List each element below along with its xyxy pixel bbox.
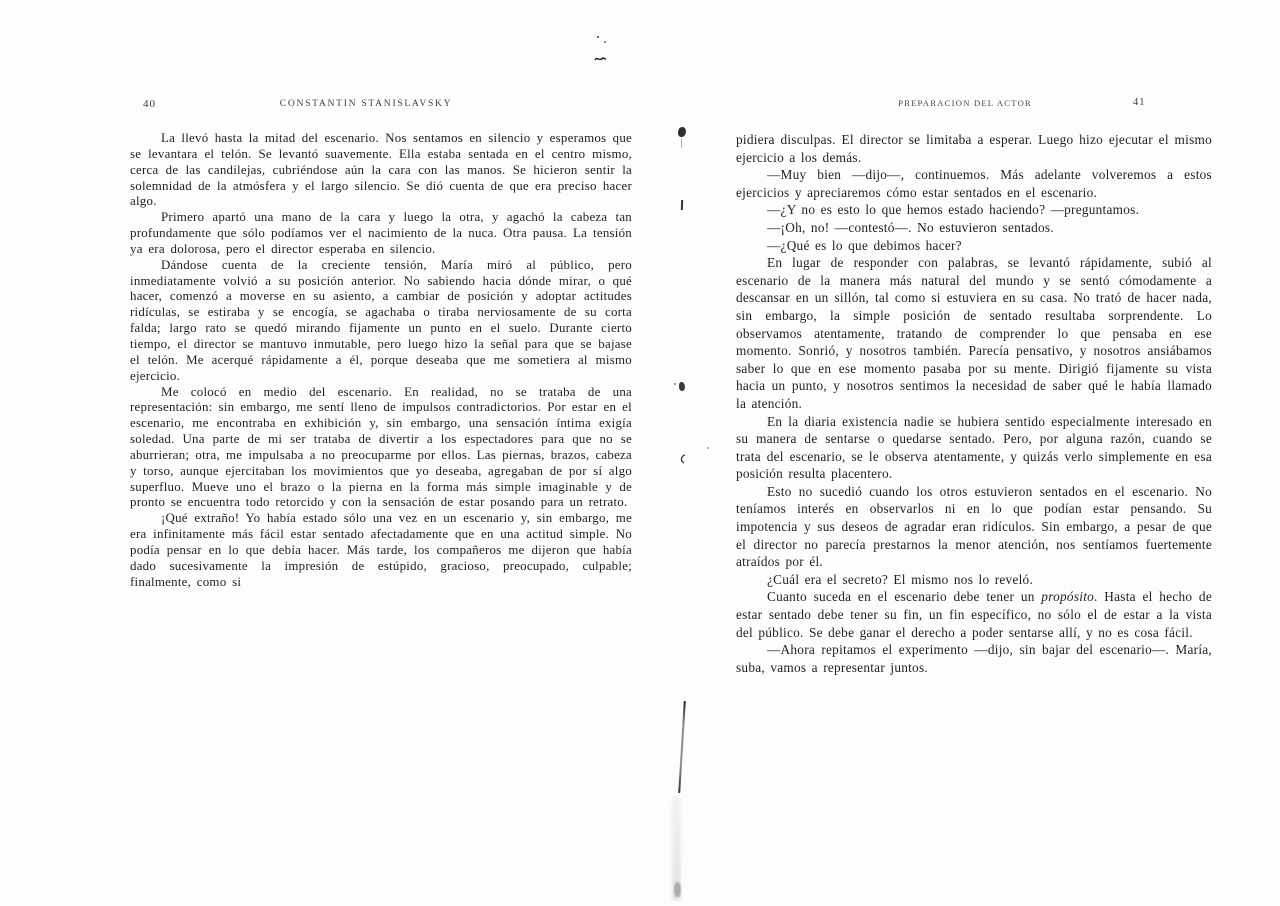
paragraph: Esto no sucedió cuando los otros estuvie…: [736, 483, 1212, 571]
scan-speck: [707, 447, 709, 449]
paragraph: —Muy bien —dijo—, continuemos. Más adela…: [736, 166, 1212, 201]
paragraph: En la diaria existencia nadie se hubiera…: [736, 413, 1212, 483]
paragraph: —¿Qué es lo que debimos hacer?: [736, 237, 1212, 255]
text-run: —Ahora repitamos el experimento —dijo, s…: [736, 642, 1212, 675]
scan-smudge: [674, 882, 681, 897]
text-run: En la diaria existencia nadie se hubiera…: [736, 414, 1212, 482]
scan-squiggle-mark: [594, 55, 608, 63]
page-40-text-column: La llevó hasta la mitad del escenario. N…: [130, 131, 632, 590]
text-run: La llevó hasta la mitad del escenario. N…: [130, 131, 632, 208]
text-run: Cuanto suceda en el escenario debe tener…: [767, 589, 1041, 604]
text-run: —¿Qué es lo que debimos hacer?: [767, 238, 962, 253]
text-run: —¡Oh, no! —contestó—. No estuvieron sent…: [767, 220, 1054, 235]
paragraph: —¡Oh, no! —contestó—. No estuvieron sent…: [736, 219, 1212, 237]
paragraph: Cuanto suceda en el escenario debe tener…: [736, 588, 1212, 641]
text-run: ¿Cuál era el secreto? El mismo nos lo re…: [767, 572, 1033, 587]
page-number-right: 41: [1133, 97, 1146, 108]
paragraph: ¿Cuál era el secreto? El mismo nos lo re…: [736, 571, 1212, 589]
page-41-text-column: pidiera disculpas. El director se limita…: [736, 131, 1212, 676]
paragraph: ¡Qué extraño! Yo había estado sólo una v…: [130, 511, 632, 590]
scan-curved-mark: [679, 453, 687, 464]
running-title-right: PREPARACION DEL ACTOR: [727, 98, 1203, 108]
scan-speck: [597, 36, 599, 38]
text-run: ¡Qué extraño! Yo había estado sólo una v…: [130, 511, 632, 588]
text-run: En lugar de responder con palabras, se l…: [736, 255, 1212, 411]
paragraph: Dándose cuenta de la creciente tensión, …: [130, 258, 632, 385]
text-run: —¿Y no es esto lo que hemos estado hacie…: [767, 202, 1139, 217]
scan-ink-blob: [678, 127, 686, 137]
book-scan: 40 CONSTANTIN STANISLAVSKY PREPARACION D…: [0, 0, 1280, 906]
scan-speck: [604, 41, 606, 43]
text-run: Esto no sucedió cuando los otros estuvie…: [736, 484, 1212, 569]
running-title-left: CONSTANTIN STANISLAVSKY: [115, 98, 617, 109]
scan-stray-mark: [681, 200, 683, 210]
paragraph: pidiera disculpas. El director se limita…: [736, 131, 1212, 166]
text-run: —Muy bien —dijo—, continuemos. Más adela…: [736, 167, 1212, 200]
text-run: Dándose cuenta de la creciente tensión, …: [130, 258, 632, 383]
paragraph: En lugar de responder con palabras, se l…: [736, 254, 1212, 412]
scan-speck: [674, 383, 676, 385]
paragraph: La llevó hasta la mitad del escenario. N…: [130, 131, 632, 210]
paragraph: —¿Y no es esto lo que hemos estado hacie…: [736, 201, 1212, 219]
paragraph: Primero apartó una mano de la cara y lue…: [130, 210, 632, 258]
italic-text-run: propósito: [1041, 589, 1094, 604]
text-run: Primero apartó una mano de la cara y lue…: [130, 210, 632, 256]
paragraph: Me colocó en medio del escenario. En rea…: [130, 385, 632, 512]
paragraph: —Ahora repitamos el experimento —dijo, s…: [736, 641, 1212, 676]
scan-scratch-line: [678, 701, 685, 793]
text-run: Me colocó en medio del escenario. En rea…: [130, 385, 632, 510]
text-run: pidiera disculpas. El director se limita…: [736, 132, 1212, 165]
scan-ink-blob: [679, 382, 685, 391]
scan-ink-blob-tail: [681, 138, 682, 148]
